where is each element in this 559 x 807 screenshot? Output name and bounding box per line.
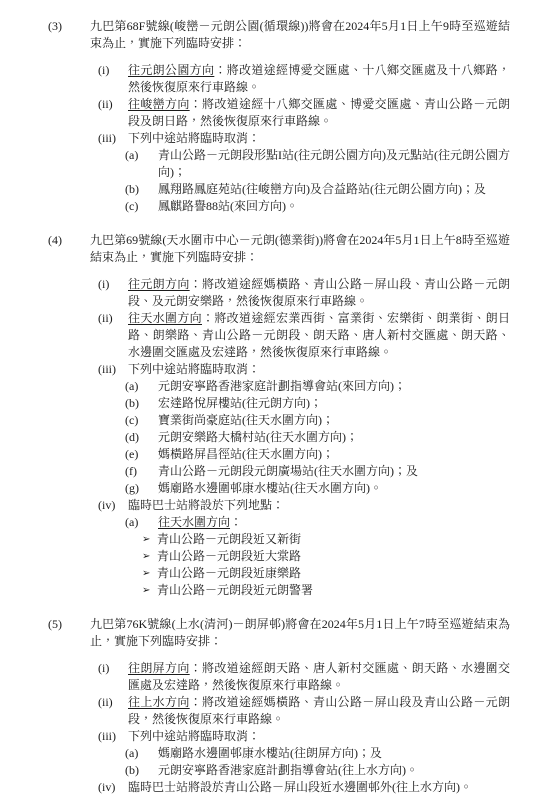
bullet-text: 青山公路－元朗段近又新街 [157, 531, 510, 548]
section-intro: 九巴第69號線(天水圍市中心－元朗(德業街))將會在2024年5月1日上午8時至… [90, 232, 510, 266]
bullet-item: ➢青山公路－元朗段近元朗警署 [142, 582, 510, 599]
item-text: 臨時巴士站將設於下列地點： [128, 498, 284, 512]
item-label: (ii) [98, 310, 128, 327]
bullet-item: ➢青山公路－元朗段近大棠路 [142, 548, 510, 565]
item-body: 臨時巴士站將設於青山公路－屏山段近水邊圍邨外(往上水方向)。 [128, 779, 510, 796]
subitem-text: 寶業街尚豪庭站(往天水圍方向)； [158, 413, 334, 427]
section-content: 九巴第69號線(天水圍市中心－元朗(德業街))將會在2024年5月1日上午8時至… [90, 232, 510, 599]
item-text: 下列中途站將臨時取消： [128, 729, 260, 743]
subitem-label: (a) [125, 745, 158, 762]
bullet-text: 青山公路－元朗段近元朗警署 [157, 582, 510, 599]
subitem-label: (c) [125, 198, 158, 215]
sub-item: (b)元朗安寧路香港家庭計劃指導會站(往上水方向)。 [125, 762, 510, 779]
subitem-text: 青山公路－元朗段形點I站(往元朗公園方向)及元點站(往元朗公園方向)； [158, 148, 510, 179]
bullet-item: ➢青山公路－元朗段近康樂路 [142, 565, 510, 582]
section-number: (5) [48, 616, 90, 633]
subitem-body: 寶業街尚豪庭站(往天水圍方向)； [158, 412, 510, 429]
bullet-text: 青山公路－元朗段近康樂路 [157, 565, 510, 582]
sub-item: (c)寶業街尚豪庭站(往天水圍方向)； [125, 412, 510, 429]
list-item: (i)往元朗方向：將改道途經媽橫路、青山公路－屏山段、青山公路－元朗段、及元朗安… [98, 276, 510, 310]
subitem-body: 鳳翔路鳳庭苑站(往峻巒方向)及合益路站(往元朗公園方向)；及 [158, 181, 510, 198]
notice-document-page: (3)九巴第68F號線(峻巒－元朗公園(循環線))將會在2024年5月1日上午9… [0, 0, 559, 807]
subitem-body: 元朗安寧路香港家庭計劃指導會站(往上水方向)。 [158, 762, 510, 779]
subitem-label: (e) [125, 446, 158, 463]
section-items: (i)往朗屏方向：將改道途經朗天路、唐人新村交匯處、朗天路、水邊圍交匯處及宏達路… [90, 660, 510, 796]
item-label: (iv) [98, 779, 128, 796]
subitem-label: (a) [125, 147, 158, 164]
arrow-bullet-icon: ➢ [142, 531, 157, 548]
sub-list: (a)媽廟路水邊圍邨康水樓站(往朗屏方向)；及(b)元朗安寧路香港家庭計劃指導會… [128, 745, 510, 779]
subitem-body: 青山公路－元朗段元朗廣場站(往天水圍方向)；及 [158, 463, 510, 480]
list-item: (i)往朗屏方向：將改道途經朗天路、唐人新村交匯處、朗天路、水邊圍交匯處及宏達路… [98, 660, 510, 694]
item-text: 下列中途站將臨時取消： [128, 362, 260, 376]
section-number: (4) [48, 232, 90, 249]
item-label: (i) [98, 62, 128, 79]
list-item: (i)往元朗公園方向：將改道途經博愛交匯處、十八鄉交匯處及十八鄉路，然後恢復原來… [98, 62, 510, 96]
list-item: (iv)臨時巴士站將設於青山公路－屏山段近水邊圍邨外(往上水方向)。 [98, 779, 510, 796]
subitem-body: 媽廟路水邊圍邨康水樓站(往天水圍方向)。 [158, 480, 510, 497]
direction-underline: 往元朗方向 [128, 277, 190, 291]
notice-sections-container: (3)九巴第68F號線(峻巒－元朗公園(循環線))將會在2024年5月1日上午9… [48, 18, 510, 796]
subitem-text: 媽橫路屏昌徑站(往天水圍方向)； [158, 447, 334, 461]
item-label: (iv) [98, 497, 128, 514]
subitem-body: 元朗安樂路大橋村站(往天水圍方向)； [158, 429, 510, 446]
arrow-bullet-icon: ➢ [142, 582, 157, 599]
item-body: 往元朗方向：將改道途經媽橫路、青山公路－屏山段、青山公路－元朗段、及元朗安樂路，… [128, 276, 510, 310]
subitem-label: (b) [125, 181, 158, 198]
sub-item: (e)媽橫路屏昌徑站(往天水圍方向)； [125, 446, 510, 463]
list-item: (iii)下列中途站將臨時取消：(a)媽廟路水邊圍邨康水樓站(往朗屏方向)；及(… [98, 728, 510, 779]
item-body: 往朗屏方向：將改道途經朗天路、唐人新村交匯處、朗天路、水邊圍交匯處及宏達路，然後… [128, 660, 510, 694]
notice-section: (5)九巴第76K號線(上水(清河)－朗屏邨)將會在2024年5月1日上午7時至… [48, 616, 510, 796]
subitem-text: ： [230, 515, 242, 529]
subitem-body: 鳳麒路譽88站(來回方向)。 [158, 198, 510, 215]
subitem-body: 媽廟路水邊圍邨康水樓站(往朗屏方向)；及 [158, 745, 510, 762]
item-body: 下列中途站將臨時取消：(a)媽廟路水邊圍邨康水樓站(往朗屏方向)；及(b)元朗安… [128, 728, 510, 779]
subitem-label: (a) [125, 378, 158, 395]
item-label: (i) [98, 276, 128, 293]
arrow-bullet-icon: ➢ [142, 565, 157, 582]
item-label: (ii) [98, 96, 128, 113]
subitem-body: 元朗安寧路香港家庭計劃指導會站(來回方向)； [158, 378, 510, 395]
sub-item: (f)青山公路－元朗段元朗廣場站(往天水圍方向)；及 [125, 463, 510, 480]
sub-list: (a)元朗安寧路香港家庭計劃指導會站(來回方向)；(b)宏達路悅屏樓站(往元朗方… [128, 378, 510, 497]
item-body: 下列中途站將臨時取消：(a)元朗安寧路香港家庭計劃指導會站(來回方向)；(b)宏… [128, 361, 510, 497]
item-body: 往峻巒方向：將改道途經十八鄉交匯處、博愛交匯處、青山公路－元朗段及朗日路，然後恢… [128, 96, 510, 130]
subitem-text: 鳳麒路譽88站(來回方向)。 [158, 199, 298, 213]
sub-item: (d)元朗安樂路大橋村站(往天水圍方向)； [125, 429, 510, 446]
item-label: (ii) [98, 694, 128, 711]
sub-list: (a)往天水圍方向：➢青山公路－元朗段近又新街➢青山公路－元朗段近大棠路➢青山公… [128, 514, 510, 599]
subitem-text: 青山公路－元朗段元朗廣場站(往天水圍方向)；及 [158, 464, 418, 478]
subitem-text: 媽廟路水邊圍邨康水樓站(往朗屏方向)；及 [158, 746, 382, 760]
section-content: 九巴第68F號線(峻巒－元朗公園(循環線))將會在2024年5月1日上午9時至巡… [90, 18, 510, 215]
item-label: (iii) [98, 130, 128, 147]
section-intro: 九巴第68F號線(峻巒－元朗公園(循環線))將會在2024年5月1日上午9時至巡… [90, 18, 510, 52]
subitem-body: 宏達路悅屏樓站(往元朗方向)； [158, 395, 510, 412]
item-text: 臨時巴士站將設於青山公路－屏山段近水邊圍邨外(往上水方向)。 [128, 780, 472, 794]
bullet-item: ➢青山公路－元朗段近又新街 [142, 531, 510, 548]
subitem-text: 元朗安樂路大橋村站(往天水圍方向)； [158, 430, 358, 444]
item-body: 往天水圍方向：將改道途經宏業西街、富業街、宏樂街、朗業街、朗日路、朗樂路、青山公… [128, 310, 510, 361]
subitem-text: 宏達路悅屏樓站(往元朗方向)； [158, 396, 322, 410]
bullet-list: ➢青山公路－元朗段近又新街➢青山公路－元朗段近大棠路➢青山公路－元朗段近康樂路➢… [142, 531, 510, 599]
arrow-bullet-icon: ➢ [142, 548, 157, 565]
list-item: (iv)臨時巴士站將設於下列地點：(a)往天水圍方向：➢青山公路－元朗段近又新街… [98, 497, 510, 599]
item-body: 往元朗公園方向：將改道途經博愛交匯處、十八鄉交匯處及十八鄉路，然後恢復原來行車路… [128, 62, 510, 96]
direction-underline: 往天水圍方向 [158, 515, 230, 529]
section-intro: 九巴第76K號線(上水(清河)－朗屏邨)將會在2024年5月1日上午7時至巡遊結… [90, 616, 510, 650]
sub-item: (b)宏達路悅屏樓站(往元朗方向)； [125, 395, 510, 412]
item-body: 下列中途站將臨時取消：(a)青山公路－元朗段形點I站(往元朗公園方向)及元點站(… [128, 130, 510, 215]
subitem-body: 媽橫路屏昌徑站(往天水圍方向)； [158, 446, 510, 463]
item-body: 往上水方向：將改道途經媽橫路、青山公路－屏山段及青山公路－元朗段，然後恢復原來行… [128, 694, 510, 728]
sub-list: (a)青山公路－元朗段形點I站(往元朗公園方向)及元點站(往元朗公園方向)；(b… [128, 147, 510, 215]
subitem-label: (c) [125, 412, 158, 429]
sub-item: (a)元朗安寧路香港家庭計劃指導會站(來回方向)； [125, 378, 510, 395]
direction-underline: 往朗屏方向 [128, 661, 190, 675]
list-item: (ii)往天水圍方向：將改道途經宏業西街、富業街、宏樂街、朗業街、朗日路、朗樂路… [98, 310, 510, 361]
subitem-text: 媽廟路水邊圍邨康水樓站(往天水圍方向)。 [158, 481, 382, 495]
item-label: (i) [98, 660, 128, 677]
subitem-text: 鳳翔路鳳庭苑站(往峻巒方向)及合益路站(往元朗公園方向)；及 [158, 182, 486, 196]
subitem-label: (b) [125, 762, 158, 779]
item-body: 臨時巴士站將設於下列地點：(a)往天水圍方向：➢青山公路－元朗段近又新街➢青山公… [128, 497, 510, 599]
section-items: (i)往元朗公園方向：將改道途經博愛交匯處、十八鄉交匯處及十八鄉路，然後恢復原來… [90, 62, 510, 215]
subitem-label: (d) [125, 429, 158, 446]
sub-item: (a)往天水圍方向：➢青山公路－元朗段近又新街➢青山公路－元朗段近大棠路➢青山公… [125, 514, 510, 599]
section-content: 九巴第76K號線(上水(清河)－朗屏邨)將會在2024年5月1日上午7時至巡遊結… [90, 616, 510, 796]
item-label: (iii) [98, 728, 128, 745]
subitem-body: 往天水圍方向：➢青山公路－元朗段近又新街➢青山公路－元朗段近大棠路➢青山公路－元… [158, 514, 510, 599]
direction-underline: 往天水圍方向 [128, 311, 202, 325]
notice-section: (4)九巴第69號線(天水圍市中心－元朗(德業街))將會在2024年5月1日上午… [48, 232, 510, 599]
notice-section: (3)九巴第68F號線(峻巒－元朗公園(循環線))將會在2024年5月1日上午9… [48, 18, 510, 215]
section-number: (3) [48, 18, 90, 35]
subitem-body: 青山公路－元朗段形點I站(往元朗公園方向)及元點站(往元朗公園方向)； [158, 147, 510, 181]
subitem-text: 元朗安寧路香港家庭計劃指導會站(來回方向)； [158, 379, 406, 393]
subitem-label: (b) [125, 395, 158, 412]
section-items: (i)往元朗方向：將改道途經媽橫路、青山公路－屏山段、青山公路－元朗段、及元朗安… [90, 276, 510, 599]
direction-underline: 往上水方向 [128, 695, 190, 709]
list-item: (iii)下列中途站將臨時取消：(a)元朗安寧路香港家庭計劃指導會站(來回方向)… [98, 361, 510, 497]
subitem-label: (f) [125, 463, 158, 480]
item-text: 下列中途站將臨時取消： [128, 131, 260, 145]
item-label: (iii) [98, 361, 128, 378]
direction-underline: 往元朗公園方向 [128, 63, 214, 77]
sub-item: (c)鳳麒路譽88站(來回方向)。 [125, 198, 510, 215]
sub-item: (a)青山公路－元朗段形點I站(往元朗公園方向)及元點站(往元朗公園方向)； [125, 147, 510, 181]
sub-item: (g)媽廟路水邊圍邨康水樓站(往天水圍方向)。 [125, 480, 510, 497]
list-item: (ii)往上水方向：將改道途經媽橫路、青山公路－屏山段及青山公路－元朗段，然後恢… [98, 694, 510, 728]
sub-item: (a)媽廟路水邊圍邨康水樓站(往朗屏方向)；及 [125, 745, 510, 762]
bullet-text: 青山公路－元朗段近大棠路 [157, 548, 510, 565]
subitem-text: 元朗安寧路香港家庭計劃指導會站(往上水方向)。 [158, 763, 418, 777]
subitem-label: (g) [125, 480, 158, 497]
direction-underline: 往峻巒方向 [128, 97, 190, 111]
subitem-label: (a) [125, 514, 158, 531]
sub-item: (b)鳳翔路鳳庭苑站(往峻巒方向)及合益路站(往元朗公園方向)；及 [125, 181, 510, 198]
list-item: (iii)下列中途站將臨時取消：(a)青山公路－元朗段形點I站(往元朗公園方向)… [98, 130, 510, 215]
list-item: (ii)往峻巒方向：將改道途經十八鄉交匯處、博愛交匯處、青山公路－元朗段及朗日路… [98, 96, 510, 130]
